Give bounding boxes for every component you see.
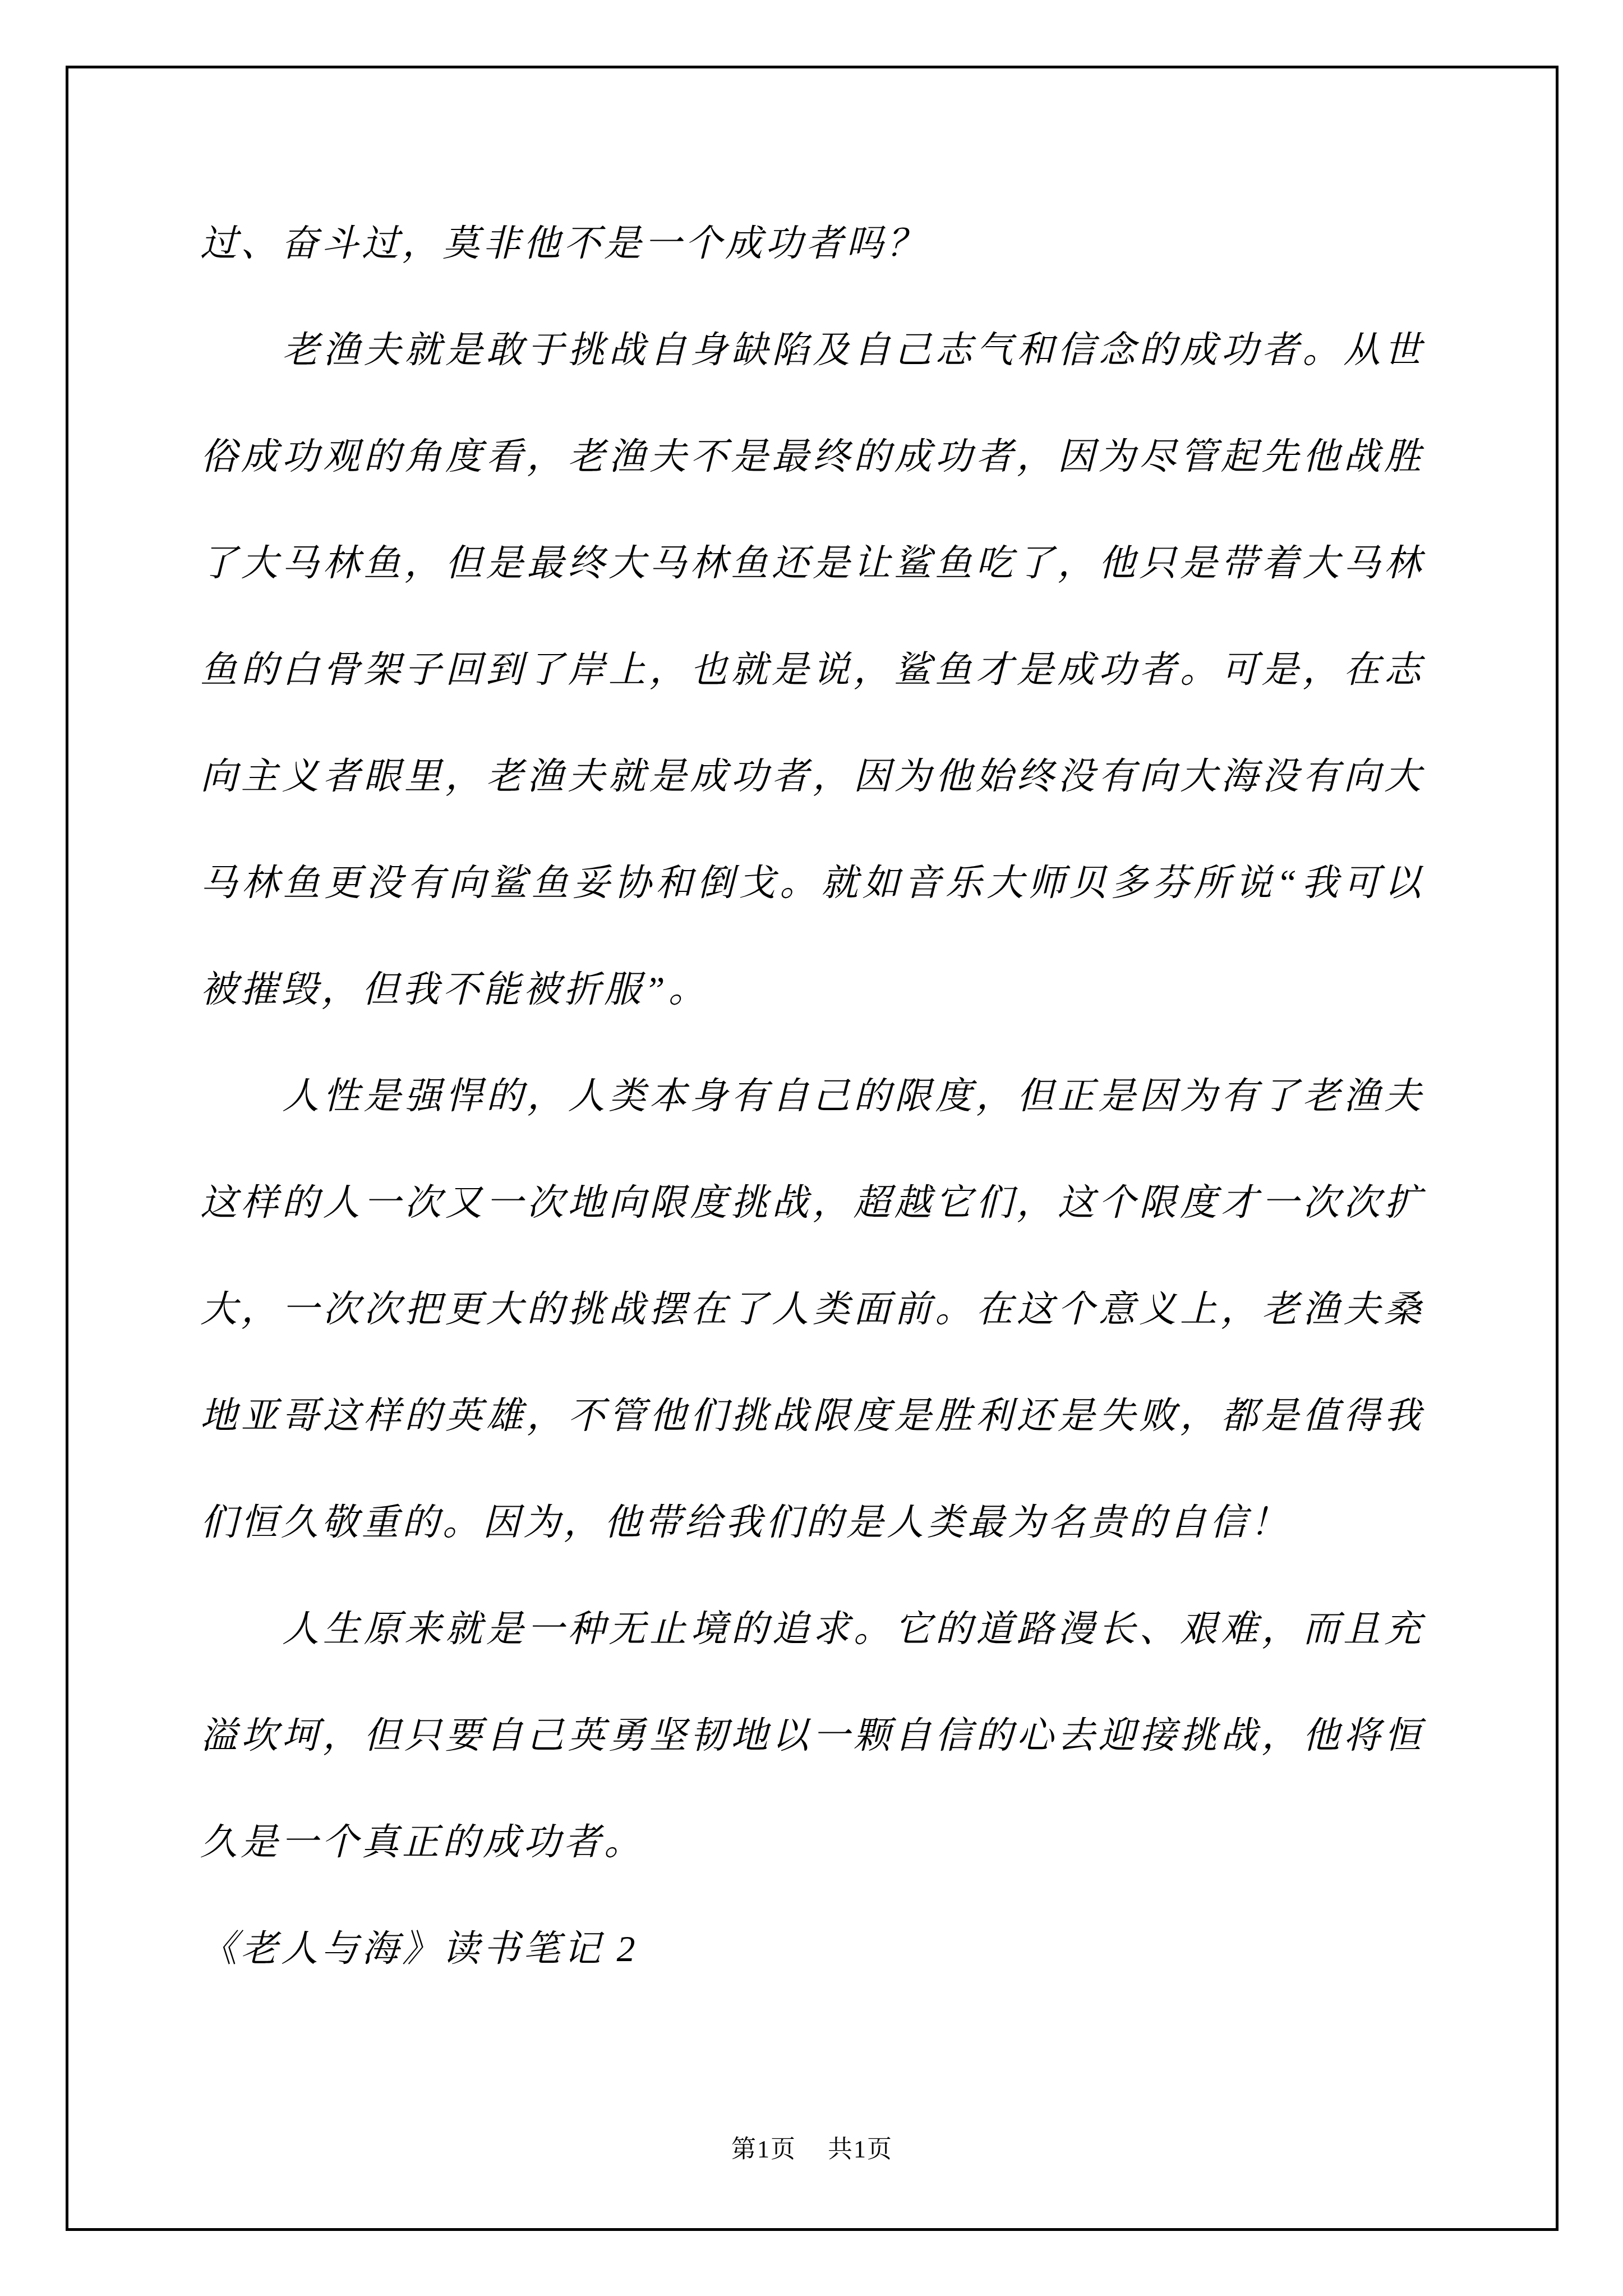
text-line: 溢坎坷，但只要自己英勇坚韧地以一颗自信的心去迎接挑战，他将恒 — [200, 1683, 1424, 1789]
text-line: 被摧毁，但我不能被折服”。 — [200, 937, 1424, 1043]
text-line: 们恒久敬重的。因为，他带给我们的是人类最为名贵的自信！ — [200, 1470, 1424, 1576]
text-line: 大，一次次把更大的挑战摆在了人类面前。在这个意义上，老渔夫桑 — [200, 1257, 1424, 1363]
text-line: 久是一个真正的成功者。 — [200, 1789, 1424, 1896]
footer-current-page: 第1页 — [731, 2136, 796, 2163]
document-page: 过、奋斗过，莫非他不是一个成功者吗？老渔夫就是敢于挑战自身缺陷及自己志气和信念的… — [0, 0, 1623, 2296]
text-line: 人性是强悍的，人类本身有自己的限度，但正是因为有了老渔夫 — [200, 1043, 1424, 1150]
text-line: 了大马林鱼，但是最终大马林鱼还是让鲨鱼吃了，他只是带着大马林 — [200, 510, 1424, 617]
page-footer: 第1页共1页 — [66, 2129, 1559, 2165]
text-line: 鱼的白骨架子回到了岸上，也就是说，鲨鱼才是成功者。可是，在志 — [200, 617, 1424, 724]
text-line: 向主义者眼里，老渔夫就是成功者，因为他始终没有向大海没有向大 — [200, 724, 1424, 830]
text-line: 人生原来就是一种无止境的追求。它的道路漫长、艰难，而且充 — [200, 1576, 1424, 1683]
text-line: 老渔夫就是敢于挑战自身缺陷及自己志气和信念的成功者。从世 — [200, 297, 1424, 404]
text-line: 马林鱼更没有向鲨鱼妥协和倒戈。就如音乐大师贝多芬所说“我可以 — [200, 830, 1424, 937]
footer-total-pages: 共1页 — [828, 2136, 893, 2163]
text-line: 地亚哥这样的英雄，不管他们挑战限度是胜利还是失败，都是值得我 — [200, 1363, 1424, 1470]
text-line: 《老人与海》读书笔记 2 — [200, 1896, 1424, 2003]
text-line: 俗成功观的角度看，老渔夫不是最终的成功者，因为尽管起先他战胜 — [200, 404, 1424, 510]
text-line: 这样的人一次又一次地向限度挑战，超越它们，这个限度才一次次扩 — [200, 1150, 1424, 1257]
text-line: 过、奋斗过，莫非他不是一个成功者吗？ — [200, 191, 1424, 297]
document-body: 过、奋斗过，莫非他不是一个成功者吗？老渔夫就是敢于挑战自身缺陷及自己志气和信念的… — [200, 191, 1424, 2003]
